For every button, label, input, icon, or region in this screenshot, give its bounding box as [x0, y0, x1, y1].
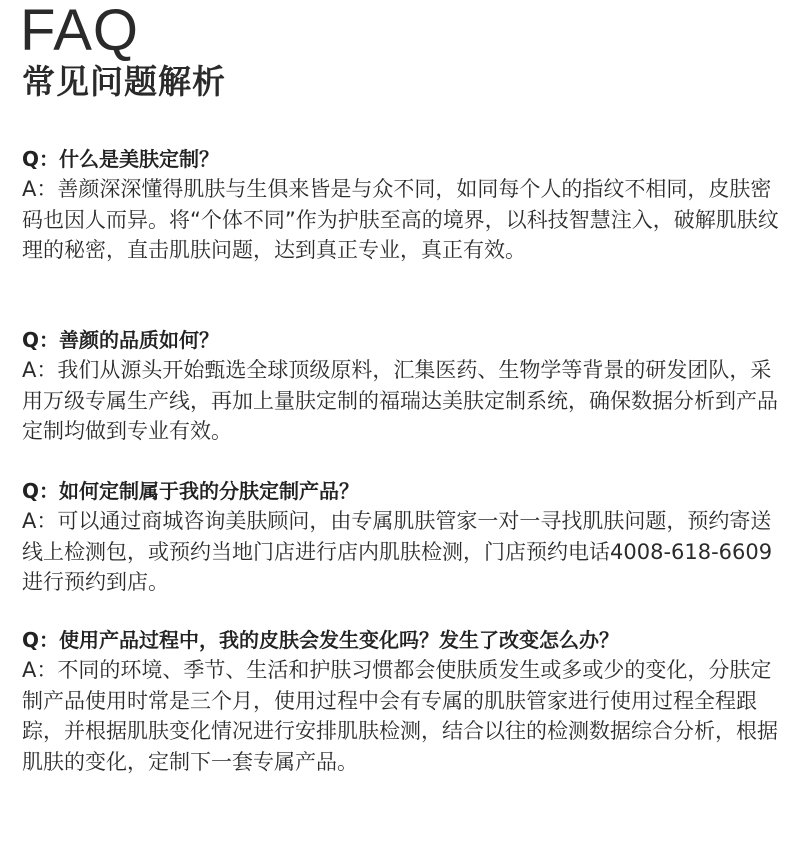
faq-question: Q：使用产品过程中，我的皮肤会发生变化吗？发生了改变怎么办？ — [22, 625, 782, 655]
faq-item-2: Q：善颜的品质如何？ A：我们从源头开始甄选全球顶级原料，汇集医药、生物学等背景… — [22, 325, 782, 447]
faq-item-3: Q：如何定制属于我的分肤定制产品？ A：可以通过商城咨询美肤顾问，由专属肌肤管家… — [22, 476, 782, 598]
faq-question: Q：如何定制属于我的分肤定制产品？ — [22, 476, 782, 506]
faq-question: Q：善颜的品质如何？ — [22, 325, 782, 355]
faq-answer: A：善颜深深懂得肌肤与生俱来皆是与众不同，如同每个人的指纹不相同，皮肤密码也因人… — [22, 174, 782, 266]
faq-question: Q：什么是美肤定制？ — [22, 144, 782, 174]
faq-answer: A：可以通过商城咨询美肤顾问，由专属肌肤管家一对一寻找肌肤问题，预约寄送线上检测… — [22, 506, 782, 598]
faq-item-4: Q：使用产品过程中，我的皮肤会发生变化吗？发生了改变怎么办？ A：不同的环境、季… — [22, 625, 782, 777]
page-title-cn: 常见问题解析 — [22, 62, 226, 102]
page-title-en: FAQ — [20, 2, 139, 60]
faq-answer: A：我们从源头开始甄选全球顶级原料，汇集医药、生物学等背景的研发团队，采用万级专… — [22, 355, 782, 447]
faq-item-1: Q：什么是美肤定制？ A：善颜深深懂得肌肤与生俱来皆是与众不同，如同每个人的指纹… — [22, 144, 782, 266]
faq-answer: A：不同的环境、季节、生活和护肤习惯都会使肤质发生或多或少的变化，分肤定制产品使… — [22, 655, 782, 777]
